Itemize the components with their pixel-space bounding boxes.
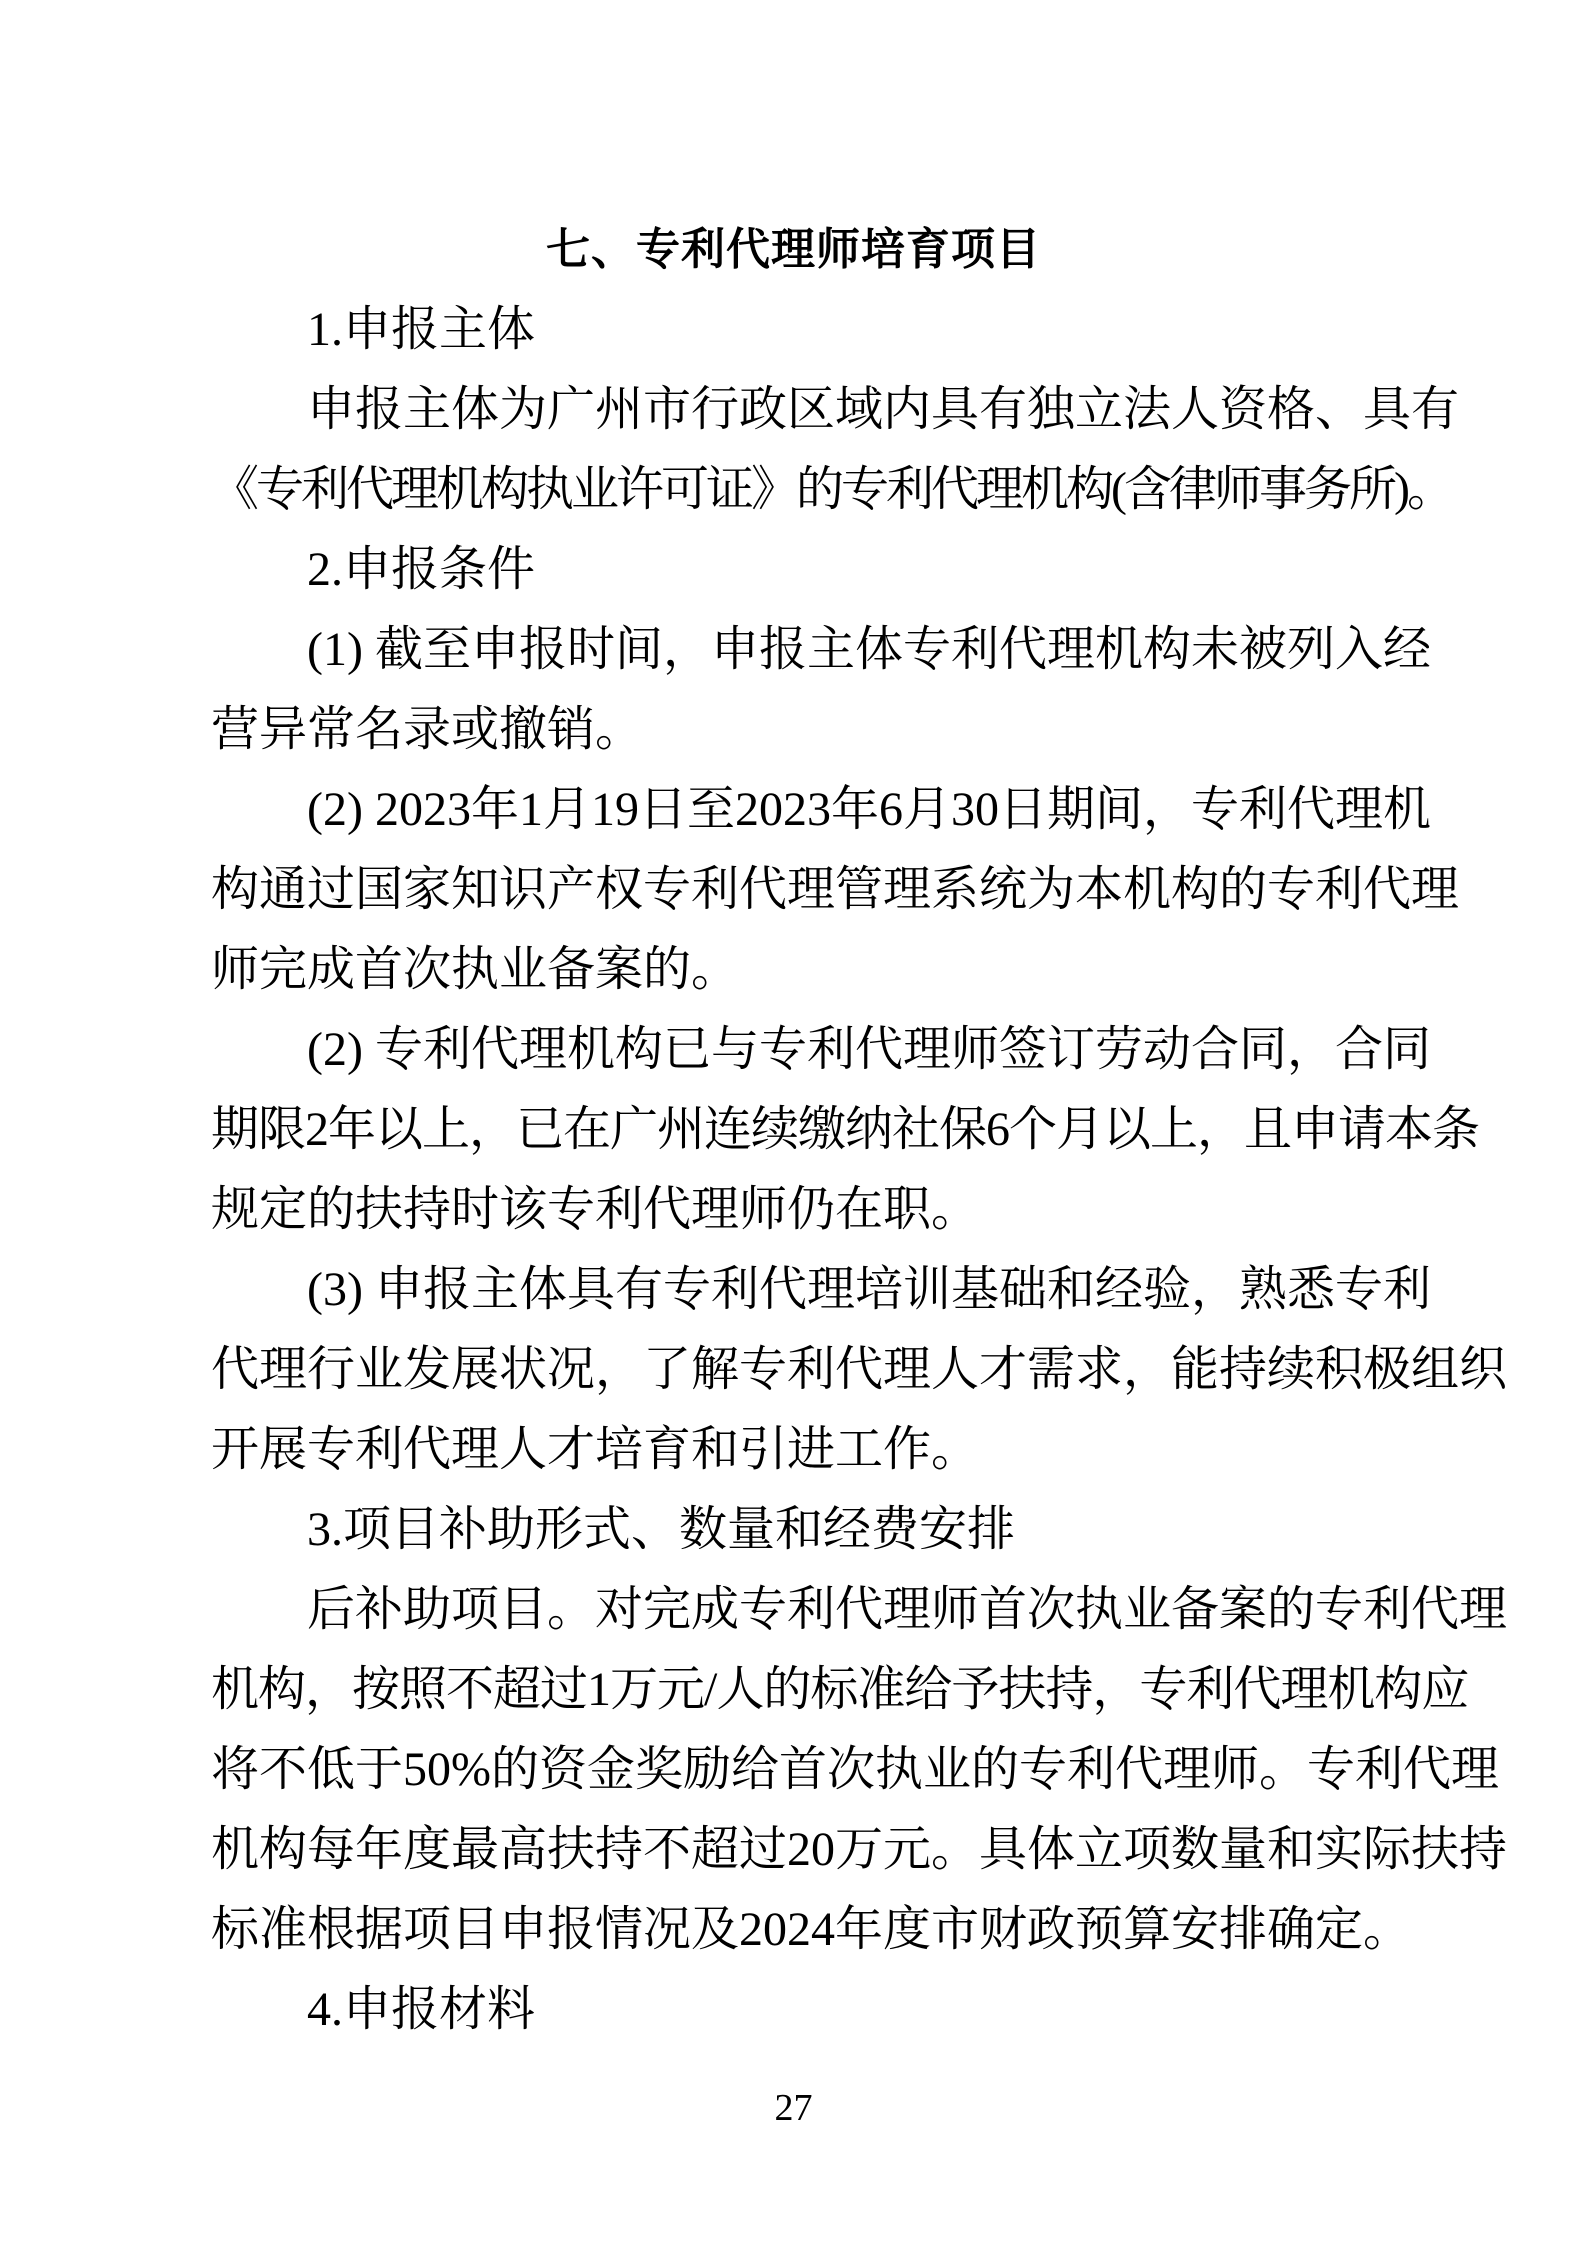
text-line: 将不低于50%的资金奖励给首次执业的专利代理师。专利代理 [211, 1730, 1463, 1810]
list-item-1-line: (1) 截至申报时间，申报主体专利代理机构未被列入经 [211, 610, 1463, 690]
text-line: 构通过国家知识产权专利代理管理系统为本机构的专利代理 [211, 850, 1463, 930]
text-line: 代理行业发展状况，了解专利代理人才需求，能持续积极组织 [211, 1330, 1463, 1410]
section-heading-subsidy: 3.项目补助形式、数量和经费安排 [211, 1490, 1463, 1570]
page-number: 27 [0, 2086, 1587, 2130]
list-item-3-line: (3) 申报主体具有专利代理培训基础和经验，熟悉专利 [211, 1250, 1463, 1330]
text-line: 规定的扶持时该专利代理师仍在职。 [211, 1170, 1463, 1250]
document-page: 七、专利代理师培育项目 1.申报主体 申报主体为广州市行政区域内具有独立法人资格… [0, 0, 1587, 2245]
list-item-2-line: (2) 2023年1月19日至2023年6月30日期间，专利代理机 [211, 770, 1463, 850]
text-line: 师完成首次执业备案的。 [211, 930, 1463, 1010]
text-line: 申报主体为广州市行政区域内具有独立法人资格、具有 [211, 370, 1463, 450]
text-line: 机构，按照不超过1万元/人的标准给予扶持，专利代理机构应 [211, 1650, 1463, 1730]
text-line: 机构每年度最高扶持不超过20万元。具体立项数量和实际扶持 [211, 1810, 1463, 1890]
text-line: 《专利代理机构执业许可证》的专利代理机构(含律师事务所)。 [211, 450, 1463, 530]
section-heading-materials: 4.申报材料 [211, 1970, 1463, 2050]
document-body: 1.申报主体 申报主体为广州市行政区域内具有独立法人资格、具有 《专利代理机构执… [211, 290, 1463, 2050]
text-line: 营异常名录或撤销。 [211, 690, 1463, 770]
list-item-2b-line: (2) 专利代理机构已与专利代理师签订劳动合同，合同 [211, 1010, 1463, 1090]
text-line: 期限2年以上，已在广州连续缴纳社保6个月以上，且申请本条 [211, 1090, 1463, 1170]
section-heading-declare-subject: 1.申报主体 [211, 290, 1463, 370]
text-line: 开展专利代理人才培育和引进工作。 [211, 1410, 1463, 1490]
text-line: 标准根据项目申报情况及2024年度市财政预算安排确定。 [211, 1890, 1463, 1970]
text-line: 后补助项目。对完成专利代理师首次执业备案的专利代理 [211, 1570, 1463, 1650]
section-heading-declare-conditions: 2.申报条件 [211, 530, 1463, 610]
section-title: 七、专利代理师培育项目 [0, 210, 1587, 290]
